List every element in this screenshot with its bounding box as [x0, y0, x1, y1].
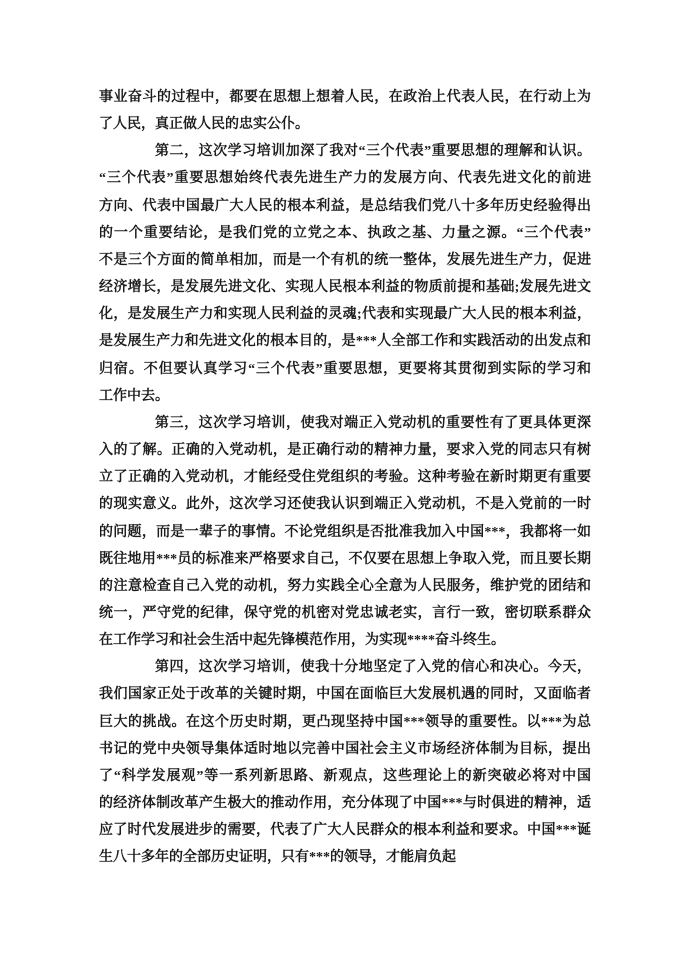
text-line: 化，是发展生产力和实现人民利益的灵魂;代表和实现最广大人民的根本利益， [99, 301, 591, 328]
paragraph: 事业奋斗的过程中，都要在思想上想着人民，在政治上代表人民，在行动上为了人民，真正… [99, 84, 591, 138]
text-line: 的经济体制改革产生极大的推动作用，充分体现了中国***与时俱进的精神，适 [99, 790, 591, 817]
text-line: 的注意检查自己入党的动机，努力实践全心全意为人民服务，维护党的团结和 [99, 573, 591, 600]
paragraph: 第四，这次学习培训，使我十分地坚定了入党的信心和决心。今天，我们国家正处于改革的… [99, 654, 591, 871]
text-line: 了“科学发展观”等一系列新思路、新观点，这些理论上的新突破必将对中国 [99, 763, 591, 790]
text-line: 了人民，真正做人民的忠实公仆。 [99, 111, 591, 138]
text-line: 事业奋斗的过程中，都要在思想上想着人民，在政治上代表人民，在行动上为 [99, 84, 591, 111]
text-line: 我们国家正处于改革的关键时期，中国在面临巨大发展机遇的同时，又面临者 [99, 681, 591, 708]
text-line: 工作中去。 [99, 383, 591, 410]
text-line: 第四，这次学习培训，使我十分地坚定了入党的信心和决心。今天， [99, 654, 591, 681]
document-page: 事业奋斗的过程中，都要在思想上想着人民，在政治上代表人民，在行动上为了人民，真正… [0, 0, 690, 976]
text-line: 经济增长，是发展先进文化、实现人民根本利益的物质前提和基础;发展先进文 [99, 274, 591, 301]
text-line: 的一个重要结论，是我们党的立党之本、执政之基、力量之源。“三个代表” [99, 220, 591, 247]
text-line: 应了时代发展进步的需要，代表了广大人民群众的根本利益和要求。中国***诞 [99, 817, 591, 844]
text-line: 归宿。不但要认真学习“三个代表”重要思想，更要将其贯彻到实际的学习和 [99, 356, 591, 383]
text-line: 入的了解。正确的入党动机，是正确行动的精神力量，要求入党的同志只有树 [99, 437, 591, 464]
text-line: 是发展生产力和先进文化的根本目的，是***人全部工作和实践活动的出发点和 [99, 328, 591, 355]
text-line: 书记的党中央领导集体适时地以完善中国社会主义市场经济体制为目标，提出 [99, 736, 591, 763]
text-line: 第三，这次学习培训，使我对端正入党动机的重要性有了更具体更深 [99, 410, 591, 437]
text-line: 生八十多年的全部历史证明，只有***的领导，才能肩负起 [99, 844, 591, 871]
text-line: 立了正确的入党动机，才能经受住党组织的考验。这种考验在新时期更有重要 [99, 464, 591, 491]
text-line: 巨大的挑战。在这个历史时期，更凸现坚持中国***领导的重要性。以***为总 [99, 709, 591, 736]
text-line: 在工作学习和社会生活中起先锋模范作用，为实现****奋斗终生。 [99, 627, 591, 654]
text-line: “三个代表”重要思想始终代表先进生产力的发展方向、代表先进文化的前进 [99, 165, 591, 192]
document-body: 事业奋斗的过程中，都要在思想上想着人民，在政治上代表人民，在行动上为了人民，真正… [99, 84, 591, 872]
text-line: 既往地用***员的标准来严格要求自己，不仅要在思想上争取入党，而且要长期 [99, 546, 591, 573]
text-line: 不是三个方面的简单相加，而是一个有机的统一整体，发展先进生产力，促进 [99, 247, 591, 274]
paragraph: 第二，这次学习培训加深了我对“三个代表”重要思想的理解和认识。“三个代表”重要思… [99, 138, 591, 410]
text-line: 的问题，而是一辈子的事情。不论党组织是否批准我加入中国***，我都将一如 [99, 519, 591, 546]
text-line: 统一，严守党的纪律，保守党的机密对党忠诚老实，言行一致，密切联系群众 [99, 600, 591, 627]
text-line: 第二，这次学习培训加深了我对“三个代表”重要思想的理解和认识。 [99, 138, 591, 165]
text-line: 方向、代表中国最广大人民的根本利益，是总结我们党八十多年历史经验得出 [99, 193, 591, 220]
paragraph: 第三，这次学习培训，使我对端正入党动机的重要性有了更具体更深入的了解。正确的入党… [99, 410, 591, 654]
text-line: 的现实意义。此外，这次学习还使我认识到端正入党动机，不是入党前的一时 [99, 491, 591, 518]
